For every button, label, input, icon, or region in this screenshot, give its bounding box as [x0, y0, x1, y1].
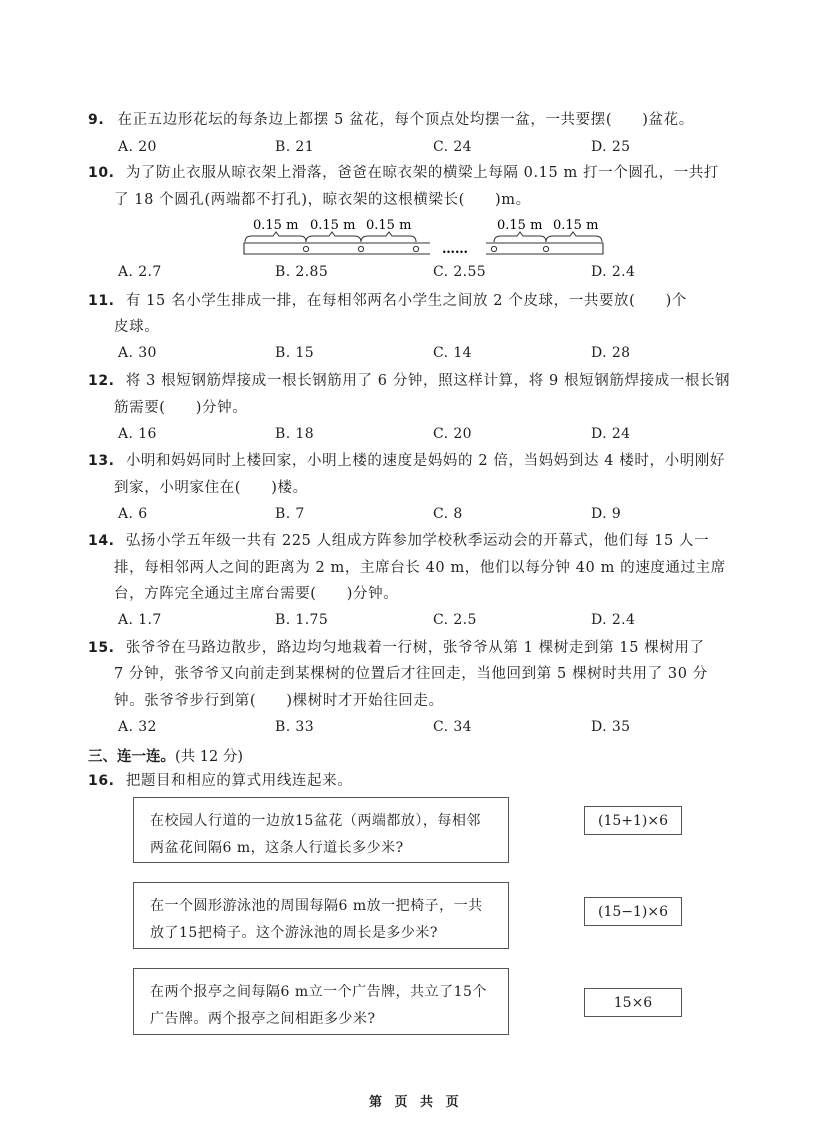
question-15: 15. 张爷爷在马路边散步，路边均匀地栽着一行树，张爷爷从第 1 棵树走到第 1… [88, 639, 705, 657]
page-footer: 第 页 共 页 [369, 1091, 463, 1110]
option-d[interactable]: D. 2.4 [591, 264, 635, 280]
question-text-line-2: 排，每相邻两人之间的距离为 2 m，主席台长 40 m，他们以每分钟 40 m … [114, 559, 726, 577]
question-14: 14. 弘扬小学五年级一共有 225 人组成方阵参加学校秋季运动会的开幕式，他们… [88, 532, 709, 550]
question-number: 14. [88, 533, 115, 549]
match-problem-2[interactable]: 在一个圆形游泳池的周围每隔6 m放一把椅子，一共放了15把椅子。这个游泳池的周长… [133, 882, 509, 949]
option-b[interactable]: B. 33 [275, 719, 314, 735]
question-text-line-3: 钟。张爷爷步行到第( )棵树时才开始往回走。 [114, 692, 444, 710]
option-d[interactable]: D. 9 [591, 506, 621, 522]
option-c[interactable]: C. 8 [433, 506, 463, 522]
question-number: 12. [88, 373, 115, 389]
option-c[interactable]: C. 2.5 [433, 612, 477, 628]
question-number: 13. [88, 453, 115, 469]
option-a[interactable]: A. 16 [118, 426, 157, 442]
section-3-heading: 三、连一连。(共 12 分) [88, 745, 243, 766]
question-text-line-3: 台，方阵完全通过主席台需要( )分钟。 [114, 585, 398, 603]
question-text-line-2: 7 分钟，张爷爷又向前走到某棵树的位置后才往回走，当他回到第 5 棵树时共用了 … [114, 665, 708, 683]
question-text: 弘扬小学五年级一共有 225 人组成方阵参加学校秋季运动会的开幕式，他们每 15… [126, 533, 709, 549]
option-b[interactable]: B. 1.75 [275, 612, 328, 628]
svg-text:0.15 m: 0.15 m [497, 218, 542, 233]
option-c[interactable]: C. 34 [433, 719, 472, 735]
question-12: 12. 将 3 根短钢筋焊接成一根长钢筋用了 6 分钟，照这样计算，将 9 根短… [88, 372, 730, 390]
svg-text:0.15 m: 0.15 m [253, 218, 298, 233]
question-text-line-2: 皮球。 [114, 318, 159, 336]
question-number: 10. [88, 165, 115, 181]
option-b[interactable]: B. 2.85 [275, 264, 328, 280]
question-11: 11. 有 15 名小学生排成一排，在每相邻两名小学生之间放 2 个皮球，一共要… [88, 292, 687, 310]
option-c[interactable]: C. 2.55 [433, 264, 486, 280]
question-text-line-2: 到家，小明家住在( )楼。 [114, 479, 308, 497]
option-d[interactable]: D. 24 [591, 426, 630, 442]
match-formula-1[interactable]: (15+1)×6 [584, 806, 682, 835]
svg-text:0.15 m: 0.15 m [310, 218, 355, 233]
option-b[interactable]: B. 15 [275, 345, 314, 361]
question-text: 将 3 根短钢筋焊接成一根长钢筋用了 6 分钟，照这样计算，将 9 根短钢筋焊接… [126, 373, 730, 389]
option-d[interactable]: D. 35 [591, 719, 630, 735]
question-13: 13. 小明和妈妈同时上楼回家，小明上楼的速度是妈妈的 2 倍，当妈妈到达 4 … [88, 452, 725, 470]
option-a[interactable]: A. 2.7 [118, 264, 162, 280]
question-number: 9. [88, 112, 104, 128]
question-10: 10. 为了防止衣服从晾衣架上滑落，爸爸在晾衣架的横梁上每隔 0.15 m 打一… [88, 164, 719, 182]
question-text: 小明和妈妈同时上楼回家，小明上楼的速度是妈妈的 2 倍，当妈妈到达 4 楼时，小… [126, 453, 725, 469]
clothes-rack-beam-diagram: 0.15 m 0.15 m 0.15 m 0.15 m 0.15 m …… [240, 212, 620, 258]
match-problem-1[interactable]: 在校园人行道的一边放15盆花（两端都放），每相邻两盆花间隔6 m，这条人行道长多… [133, 797, 509, 863]
option-b[interactable]: B. 18 [275, 426, 314, 442]
question-number: 11. [88, 293, 115, 309]
question-text: 在正五边形花坛的每条边上都摆 5 盆花，每个顶点处均摆一盆，一共要摆( )盆花。 [117, 112, 693, 128]
question-9: 9. 在正五边形花坛的每条边上都摆 5 盆花，每个顶点处均摆一盆，一共要摆( )… [88, 111, 694, 129]
question-text-line-2: 了 18 个圆孔(两端都不打孔)，晾衣架的这根横梁长( )m。 [114, 191, 531, 209]
question-text: 有 15 名小学生排成一排，在每相邻两名小学生之间放 2 个皮球，一共要放( )… [126, 293, 687, 309]
option-d[interactable]: D. 25 [591, 139, 630, 155]
option-d[interactable]: D. 2.4 [591, 612, 635, 628]
question-text-line-2: 筋需要( )分钟。 [114, 399, 247, 417]
option-a[interactable]: A. 1.7 [118, 612, 162, 628]
match-formula-3[interactable]: 15×6 [584, 988, 682, 1017]
option-c[interactable]: C. 20 [433, 426, 472, 442]
section-points: (共 12 分) [175, 749, 243, 765]
question-text: 为了防止衣服从晾衣架上滑落，爸爸在晾衣架的横梁上每隔 0.15 m 打一个圆孔，… [126, 165, 719, 181]
option-a[interactable]: A. 6 [118, 506, 148, 522]
option-d[interactable]: D. 28 [591, 345, 630, 361]
option-c[interactable]: C. 14 [433, 345, 472, 361]
question-text: 把题目和相应的算式用线连起来。 [126, 773, 353, 789]
match-formula-2[interactable]: (15−1)×6 [584, 897, 682, 926]
question-text: 张爷爷在马路边散步，路边均匀地栽着一行树，张爷爷从第 1 棵树走到第 15 棵树… [126, 640, 705, 656]
option-a[interactable]: A. 20 [118, 139, 157, 155]
svg-text:……: …… [442, 242, 468, 257]
option-c[interactable]: C. 24 [433, 139, 472, 155]
option-b[interactable]: B. 7 [275, 506, 305, 522]
question-number: 16. [88, 773, 115, 789]
option-a[interactable]: A. 32 [118, 719, 157, 735]
question-number: 15. [88, 640, 115, 656]
question-16: 16. 把题目和相应的算式用线连起来。 [88, 772, 352, 790]
svg-text:0.15 m: 0.15 m [366, 218, 411, 233]
match-problem-3[interactable]: 在两个报亭之间每隔6 m立一个广告牌，共立了15个广告牌。两个报亭之间相距多少米… [133, 968, 509, 1035]
svg-text:0.15 m: 0.15 m [553, 218, 598, 233]
option-b[interactable]: B. 21 [275, 139, 314, 155]
section-title: 三、连一连。 [88, 748, 175, 765]
option-a[interactable]: A. 30 [118, 345, 157, 361]
